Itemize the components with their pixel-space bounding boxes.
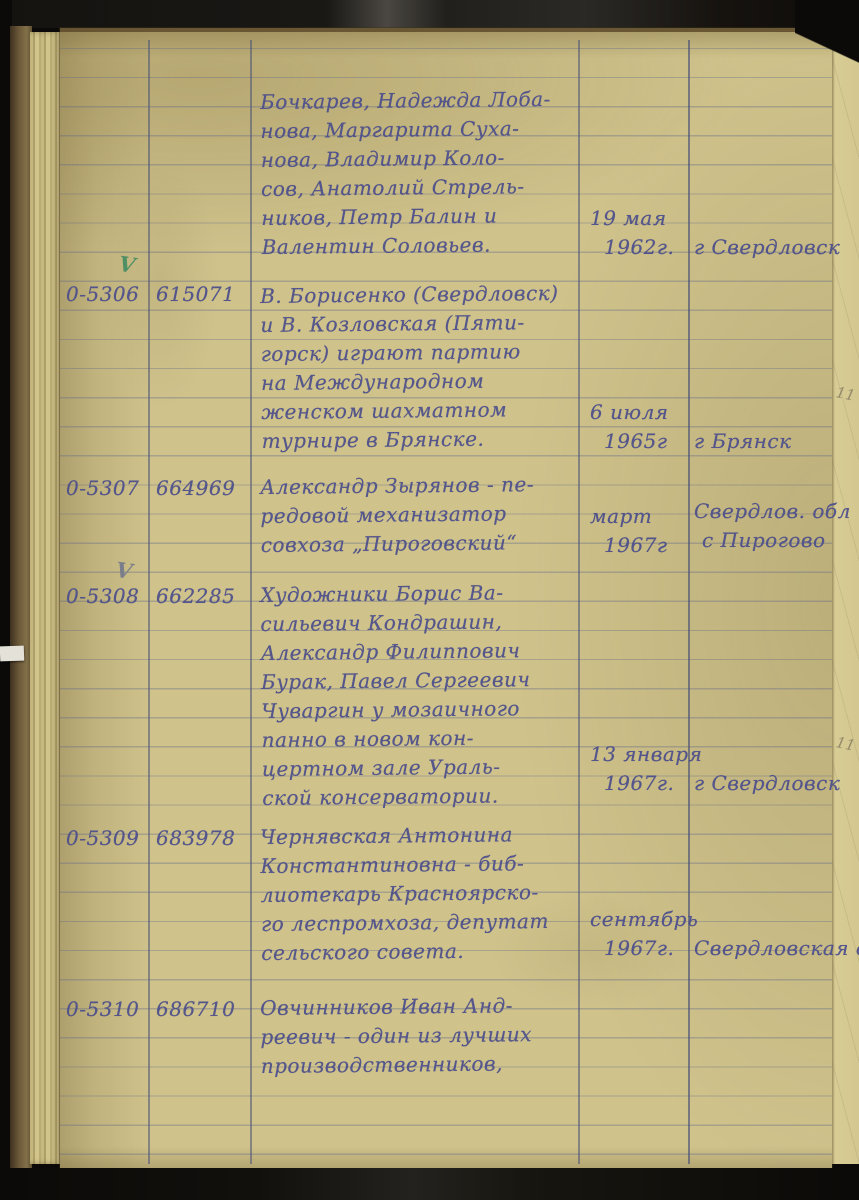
entry-description-line: Чернявская Антонина: [260, 820, 548, 852]
entry-date-line: 1967г.: [604, 934, 698, 963]
entry-registration-number-line: 0-5308: [66, 582, 139, 611]
entry-description-line: нова, Маргарита Суха-: [260, 114, 551, 146]
entry-place-line: г Свердловск: [694, 769, 840, 798]
entry-negative-number: 615071: [156, 280, 235, 309]
entry-date-line: 1967г.: [604, 769, 702, 798]
entry-date-line: 1962г.: [604, 233, 674, 262]
entry-description-line: панно в новом кон-: [262, 723, 532, 755]
entry-description: Александр Зырянов - пе-редовой механизат…: [260, 470, 535, 560]
entry-date: 13 января1967г.: [590, 740, 702, 798]
entry-description-line: Овчинников Иван Анд-: [260, 991, 532, 1023]
entry-description-line: В. Борисенко (Свердловск): [260, 279, 559, 311]
entry-description-line: турнире в Брянске.: [262, 424, 561, 456]
entry-registration-number-line: 0-5306: [66, 280, 139, 309]
entry-registration-number: 0-5308: [66, 582, 139, 611]
entry-negative-number: 662285: [156, 582, 235, 611]
column-divider-2: [250, 40, 252, 1164]
entry-negative-number-line: 662285: [156, 582, 235, 611]
entry-registration-number-line: 0-5309: [66, 824, 139, 853]
entry-description-line: го леспромхоза, депутат: [261, 907, 549, 939]
bookmark-slip: [0, 646, 24, 662]
entry-description-line: Бурак, Павел Сергеевич: [261, 665, 531, 697]
entry-negative-number: 683978: [156, 824, 235, 853]
entry-description: Чернявская АнтонинаКонстантиновна - биб-…: [260, 820, 549, 968]
entry-date-line: 1967г: [604, 531, 668, 560]
entry-description-line: Бочкарев, Надежда Лоба-: [260, 85, 551, 117]
entry-date: 6 июля1965г: [590, 398, 669, 456]
entry-place-line: Свердловская обл.: [694, 934, 859, 963]
entry-date: 19 мая1962г.: [590, 204, 674, 262]
entry-place: г Брянск: [694, 427, 792, 456]
entry-description-line: женском шахматном: [261, 395, 560, 427]
checkmark-annotation: V: [117, 251, 137, 278]
entry-place-line: Свердлов. обл: [694, 497, 851, 526]
scan-background-top: [0, 0, 859, 28]
entry-description: Художники Борис Ва-сильевич Кондрашин,Ал…: [260, 578, 532, 813]
entry-description-line: лиотекарь Красноярско-: [261, 878, 549, 910]
entry-description-line: цертном зале Ураль-: [262, 752, 532, 784]
entry-place: г Свердловск: [694, 233, 840, 262]
column-divider-4: [688, 40, 690, 1164]
entry-negative-number: 664969: [156, 474, 235, 503]
entry-date-line: 19 мая: [590, 204, 674, 233]
entry-registration-number: 0-5309: [66, 824, 139, 853]
edge-note-mark: 11: [834, 383, 856, 405]
entry-description-line: ской консерватории.: [262, 781, 532, 813]
entry-place: г Свердловск: [694, 769, 840, 798]
book-spine-edge: [10, 26, 32, 1170]
entry-registration-number: 0-5307: [66, 474, 139, 503]
entry-negative-number-line: 615071: [156, 280, 235, 309]
entry-date-line: 13 января: [590, 740, 702, 769]
entry-description-line: на Международном: [261, 366, 560, 398]
entry-description-line: Константиновна - биб-: [260, 849, 548, 881]
page-stack-edge: [30, 32, 62, 1164]
entry-place-line: г Свердловск: [694, 233, 840, 262]
entry-negative-number-line: 686710: [156, 995, 235, 1024]
entry-negative-number-line: 664969: [156, 474, 235, 503]
entry-description-line: реевич - один из лучших: [260, 1020, 532, 1052]
entry-description-line: нова, Владимир Коло-: [261, 143, 552, 175]
entry-negative-number-line: 683978: [156, 824, 235, 853]
entry-place-line: г Брянск: [694, 427, 792, 456]
entry-description-line: Чуваргин у мозаичного: [261, 694, 531, 726]
checkmark-annotation: V: [114, 557, 134, 584]
entry-description: Бочкарев, Надежда Лоба-нова, Маргарита С…: [260, 85, 553, 262]
entry-date: сентябрь1967г.: [590, 905, 698, 963]
scan-background-bottom: [0, 1168, 859, 1200]
entry-description-line: сов, Анатолий Стрель-: [261, 172, 552, 204]
entry-description-line: сильевич Кондрашин,: [260, 607, 530, 639]
entry-description-line: совхоза „Пироговский“: [261, 528, 535, 560]
entry-date: март1967г: [590, 502, 668, 560]
entry-description-line: и В. Козловская (Пяти-: [260, 308, 559, 340]
entry-description-line: сельского совета.: [261, 936, 549, 968]
entry-date-line: сентябрь: [590, 905, 698, 934]
entry-date-line: 6 июля: [590, 398, 669, 427]
next-page-edge: 11 11: [832, 30, 859, 1164]
entry-date-line: 1965г: [604, 427, 669, 456]
entry-date-line: март: [590, 502, 668, 531]
entry-description-line: ников, Петр Балин и: [261, 201, 552, 233]
scan-corner-shadow: [795, 0, 859, 105]
entry-place: Свердлов. облс Пирогово: [694, 497, 851, 555]
entry-negative-number: 686710: [156, 995, 235, 1024]
entry-description-line: редовой механизатор: [260, 499, 534, 531]
entry-registration-number: 0-5306: [66, 280, 139, 309]
entry-place-line: с Пирогово: [702, 526, 851, 555]
entry-description-line: горск) играют партию: [261, 337, 560, 369]
entry-description-line: производственников,: [261, 1049, 533, 1081]
entry-description: В. Борисенко (Свердловск)и В. Козловская…: [260, 279, 560, 456]
entry-description-line: Александр Зырянов - пе-: [260, 470, 534, 502]
edge-note-mark: 11: [834, 733, 856, 755]
entry-registration-number-line: 0-5307: [66, 474, 139, 503]
entry-description: Овчинников Иван Анд-реевич - один из луч…: [260, 991, 532, 1081]
entry-place: Свердловская обл.: [694, 934, 859, 963]
entry-registration-number-line: 0-5310: [66, 995, 139, 1024]
entry-description-line: Валентин Соловьев.: [262, 230, 553, 262]
entry-registration-number: 0-5310: [66, 995, 139, 1024]
entry-description-line: Александр Филиппович: [261, 636, 531, 668]
scanned-register-page: 11 11 V V Бочкарев, Надежда Лоба-нова, М…: [0, 0, 859, 1200]
entry-description-line: Художники Борис Ва-: [260, 578, 530, 610]
